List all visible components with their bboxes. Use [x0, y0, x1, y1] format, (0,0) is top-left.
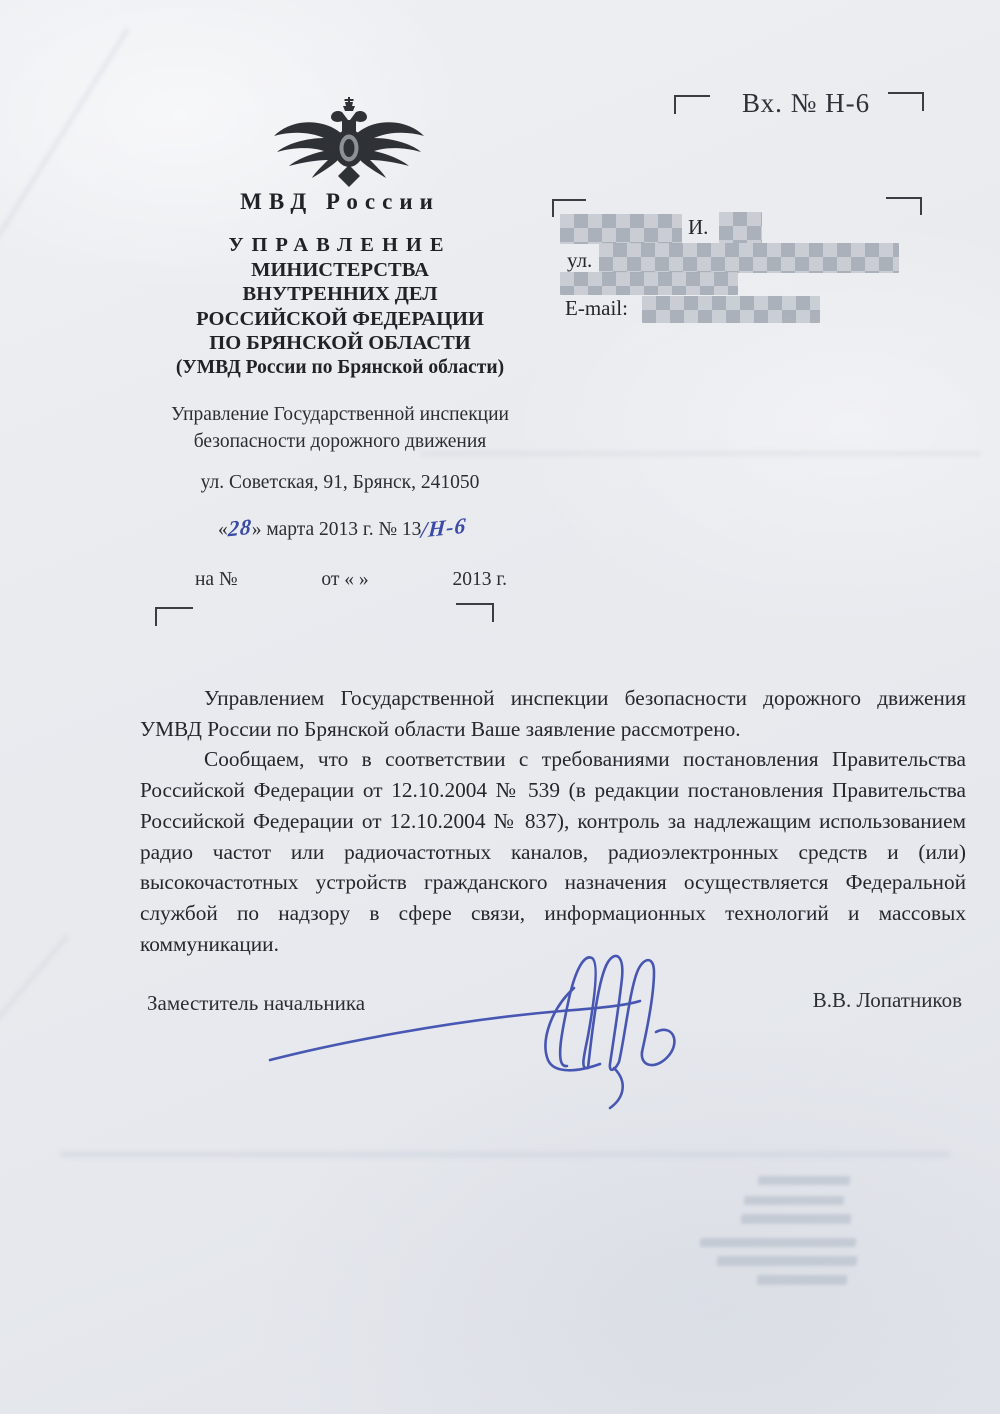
org-name-line: ВНУТРЕННИХ ДЕЛ [150, 282, 530, 307]
corner-mark-stamp-right [888, 92, 924, 111]
handwritten-outgoing-number: /Н-6 [421, 512, 468, 543]
bleed-through-text [700, 1238, 857, 1247]
org-name-line: МИНИСТЕРСТВА [150, 258, 530, 283]
quote-close: » [252, 519, 262, 540]
quote-open: « [218, 519, 228, 540]
double-headed-eagle-icon [272, 96, 426, 188]
org-name-line: РОССИЙСКОЙ ФЕДЕРАЦИИ [150, 307, 530, 332]
corner-mark-lower-right [456, 603, 494, 622]
addressee-name-redacted [560, 214, 682, 244]
postal-address: ул. Советская, 91, Брянск, 241050 [130, 472, 550, 494]
addressee-email-redacted [642, 296, 820, 323]
outgoing-number-printed: № 13 [378, 519, 421, 540]
scanned-letter-page: Вх. № Н-6 МВД России УПРАВЛЕНИЕ МИНИСТЕР… [0, 0, 1000, 1414]
bleed-through-text [744, 1196, 845, 1205]
paper-crease [60, 1152, 950, 1157]
bleed-through-text [758, 1176, 851, 1185]
corner-mark-addressee-right [886, 197, 922, 215]
body-paragraph: Управлением Государственной инспекции бе… [140, 683, 966, 744]
body-paragraph: Сообщаем, что в соответствии с требовани… [140, 744, 966, 959]
ref-year: 2013 г. [452, 569, 507, 591]
pen-signature [262, 948, 712, 1113]
bleed-through-text [741, 1214, 852, 1224]
org-name-line: ПО БРЯНСКОЙ ОБЛАСТИ [150, 331, 530, 356]
incoming-number-stamp: Вх. № Н-6 [742, 88, 870, 119]
handwritten-day: 28 [227, 514, 253, 543]
corner-mark-lower-left [155, 607, 193, 626]
org-name-line: (УМВД России по Брянской области) [150, 356, 530, 381]
org-short-name: МВД России [150, 189, 530, 215]
addressee-name-redacted [719, 212, 762, 243]
org-name-block: УПРАВЛЕНИЕ МИНИСТЕРСТВА ВНУТРЕННИХ ДЕЛ Р… [150, 233, 530, 380]
paper-crease [0, 934, 69, 1166]
ref-ot: от « » [321, 569, 368, 591]
addressee-email-label: E-mail: [565, 296, 628, 321]
reference-line: на № от « » 2013 г. [195, 569, 507, 591]
date-month-year: марта 2013 г. [262, 519, 379, 540]
paper-crease [0, 28, 129, 242]
org-name-line: УПРАВЛЕНИЕ [150, 233, 530, 258]
division-line: Управление Государственной инспекции [130, 401, 550, 428]
addressee-city-redacted [560, 272, 738, 295]
division-name: Управление Государственной инспекции без… [130, 401, 550, 455]
division-line: безопасности дорожного движения [130, 428, 550, 455]
date-number-line: «28» марта 2013 г. № 13/Н-6 [218, 515, 467, 541]
letter-body: Управлением Государственной инспекции бе… [140, 683, 966, 959]
corner-mark-stamp-left [674, 95, 710, 114]
addressee-initial: И. [688, 215, 708, 240]
bleed-through-text [717, 1256, 858, 1266]
ref-na-no: на № [195, 569, 238, 591]
addressee-street-redacted [599, 243, 899, 273]
addressee-street-label: ул. [567, 248, 592, 273]
bleed-through-text [757, 1275, 848, 1285]
